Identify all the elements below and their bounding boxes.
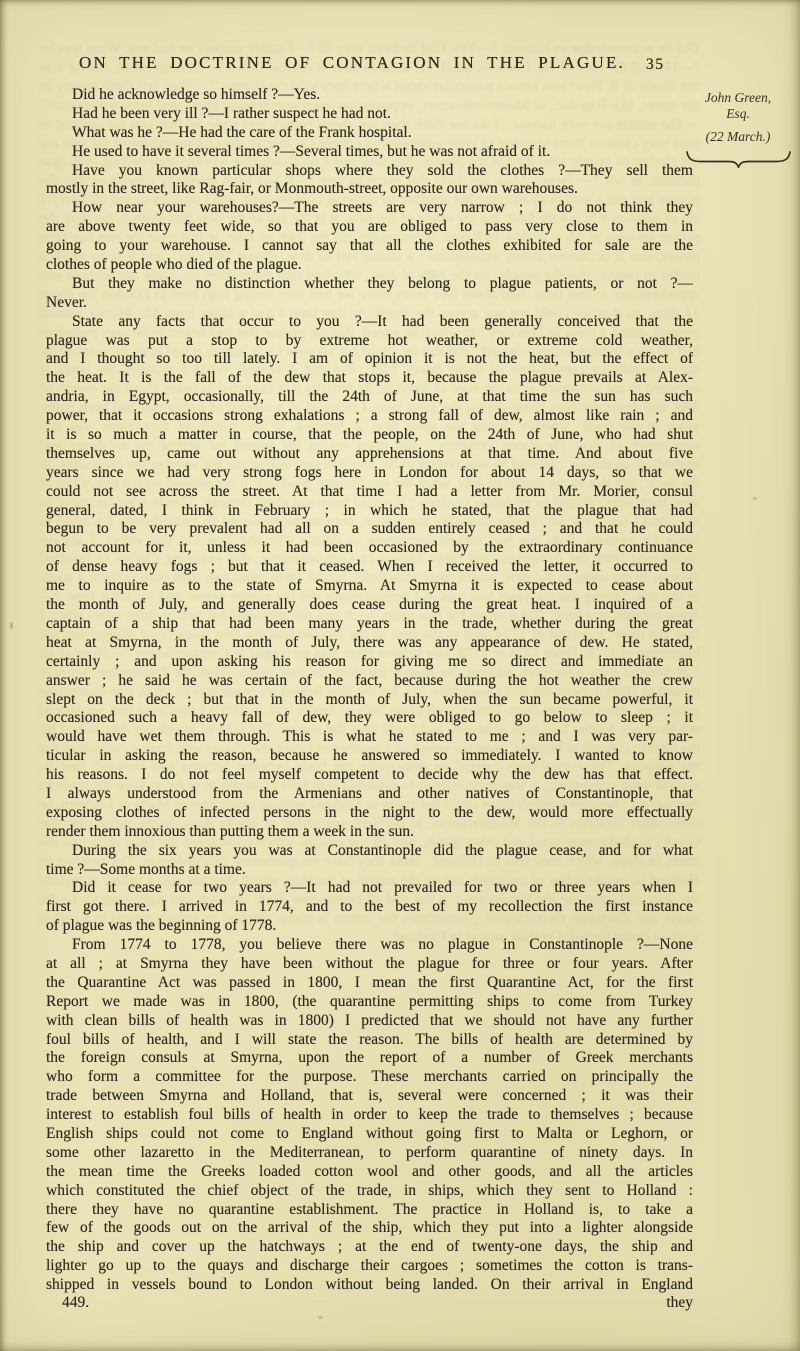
paper-speck: [10, 622, 13, 629]
text-line: first got there. I arrived in 1774, and …: [46, 898, 693, 917]
text-line: lighter go up to the quays and discharge…: [46, 1257, 693, 1276]
text-line: Never.: [46, 294, 693, 313]
text-line: But they make no distinction whether the…: [46, 275, 693, 294]
text-line: of dense heavy fogs ; but that it ceased…: [46, 558, 693, 577]
text-line: What was he ?—He had the care of the Fra…: [46, 124, 693, 143]
text-line: interest to establish foul bills of heal…: [46, 1106, 693, 1125]
catchword: they: [666, 1294, 693, 1313]
text-line: the mean time the Greeks loaded cotton w…: [46, 1163, 693, 1182]
text-line: the ship and cover up the hatchways ; at…: [46, 1238, 693, 1257]
text-line: the Quarantine Act was passed in 1800, I…: [46, 974, 693, 993]
text-line: at all ; at Smyrna they have been withou…: [46, 955, 693, 974]
text-line: time ?—Some months at a time.: [46, 861, 693, 880]
text-line: the foreign consuls at Smyrna, upon the …: [46, 1049, 693, 1068]
running-head-title: ON THE DOCTRINE OF CONTAGION IN THE PLAG…: [46, 53, 658, 73]
text-line: How near your warehouses?—The streets ar…: [46, 199, 693, 218]
scanned-book-page: Did he acknowledge so himself ?—Yes. Had…: [0, 0, 800, 1351]
text-line: with clean bills of health was in 1800) …: [46, 1012, 693, 1031]
page-number: 35: [646, 56, 665, 74]
text-line: occasioned such a heavy fall of dew, the…: [46, 709, 693, 728]
testimony-text-block: Did he acknowledge so himself ?—Yes.Had …: [46, 86, 693, 1295]
text-line: trade between Smyrna and Holland, that i…: [46, 1087, 693, 1106]
text-line: captain of a ship that had been many yea…: [46, 615, 693, 634]
text-line: general, dated, I think in February ; in…: [46, 502, 693, 521]
text-line: begun to be very prevalent had all on a …: [46, 520, 693, 539]
text-line: State any facts that occur to you ?—It h…: [46, 313, 693, 332]
text-line: certainly ; and upon asking his reason f…: [46, 653, 693, 672]
witness-margin-note: John Green, Esq. (22 March.): [683, 90, 793, 168]
paper-speck: [318, 1316, 323, 1319]
text-line: are above twenty feet wide, so that you …: [46, 218, 693, 237]
witness-honorific: Esq.: [683, 106, 793, 122]
text-line: which constituted the chief object of th…: [46, 1182, 693, 1201]
text-line: his reasons. I do not feel myself compet…: [46, 766, 693, 785]
text-line: English ships could not come to England …: [46, 1125, 693, 1144]
text-line: Have you known particular shops where th…: [46, 162, 693, 181]
text-line: From 1774 to 1778, you believe there was…: [46, 936, 693, 955]
text-line: not account for it, unless it had been o…: [46, 539, 693, 558]
witness-date: (22 March.): [683, 129, 793, 145]
text-line: clothes of people who died of the plague…: [46, 256, 693, 275]
text-line: years since we had very strong fogs here…: [46, 464, 693, 483]
text-line: who form a committee for the purpose. Th…: [46, 1068, 693, 1087]
text-line: heat at Smyrna, in the month of July, th…: [46, 634, 693, 653]
witness-name: John Green,: [683, 90, 793, 106]
text-line: the heat. It is the fall of the dew that…: [46, 369, 693, 388]
text-line: some other lazaretto in the Mediterranea…: [46, 1144, 693, 1163]
text-line: there they have no quarantine establishm…: [46, 1201, 693, 1220]
text-line: power, that it occasions strong exhalati…: [46, 407, 693, 426]
text-line: me to inquire as to the state of Smyrna.…: [46, 577, 693, 596]
text-line: andria, in Egypt, occasionally, till the…: [46, 388, 693, 407]
paper-speck: [753, 497, 757, 500]
text-line: Had he been very ill ?—I rather suspect …: [46, 105, 693, 124]
text-line: Did he acknowledge so himself ?—Yes.: [46, 86, 693, 105]
text-line: mostly in the street, like Rag-fair, or …: [46, 180, 693, 199]
text-line: could not see across the street. At that…: [46, 483, 693, 502]
text-line: going to your warehouse. I cannot say th…: [46, 237, 693, 256]
signature-number: 449.: [46, 1294, 89, 1313]
text-line: slept on the deck ; but that in the mont…: [46, 691, 693, 710]
text-line: ticular in asking the reason, because he…: [46, 747, 693, 766]
text-line: During the six years you was at Constant…: [46, 842, 693, 861]
text-line: render them innoxious than putting them …: [46, 823, 693, 842]
text-line: foul bills of health, and I will state t…: [46, 1031, 693, 1050]
text-line: would have wet them through. This is wha…: [46, 728, 693, 747]
text-line: exposing clothes of infected persons in …: [46, 804, 693, 823]
text-line: shipped in vessels bound to London witho…: [46, 1276, 693, 1295]
text-line: themselves up, came out without any appr…: [46, 445, 693, 464]
text-line: few of the goods out on the arrival of t…: [46, 1219, 693, 1238]
page-footer: 449. they: [46, 1294, 693, 1313]
margin-brace-icon: [685, 150, 792, 168]
text-line: Did it cease for two years ?—It had not …: [46, 879, 693, 898]
text-line: of plague was the beginning of 1778.: [46, 917, 693, 936]
text-line: it is so much a matter in course, that t…: [46, 426, 693, 445]
text-line: I always understood from the Armenians a…: [46, 785, 693, 804]
text-line: plague was put a stop to by extreme hot …: [46, 332, 693, 351]
text-line: Report we made was in 1800, (the quarant…: [46, 993, 693, 1012]
text-line: the month of July, and generally does ce…: [46, 596, 693, 615]
text-line: He used to have it several times ?—Sever…: [46, 143, 693, 162]
text-line: answer ; he said he was certain of the f…: [46, 672, 693, 691]
text-line: and I thought so too till lately. I am o…: [46, 350, 693, 369]
